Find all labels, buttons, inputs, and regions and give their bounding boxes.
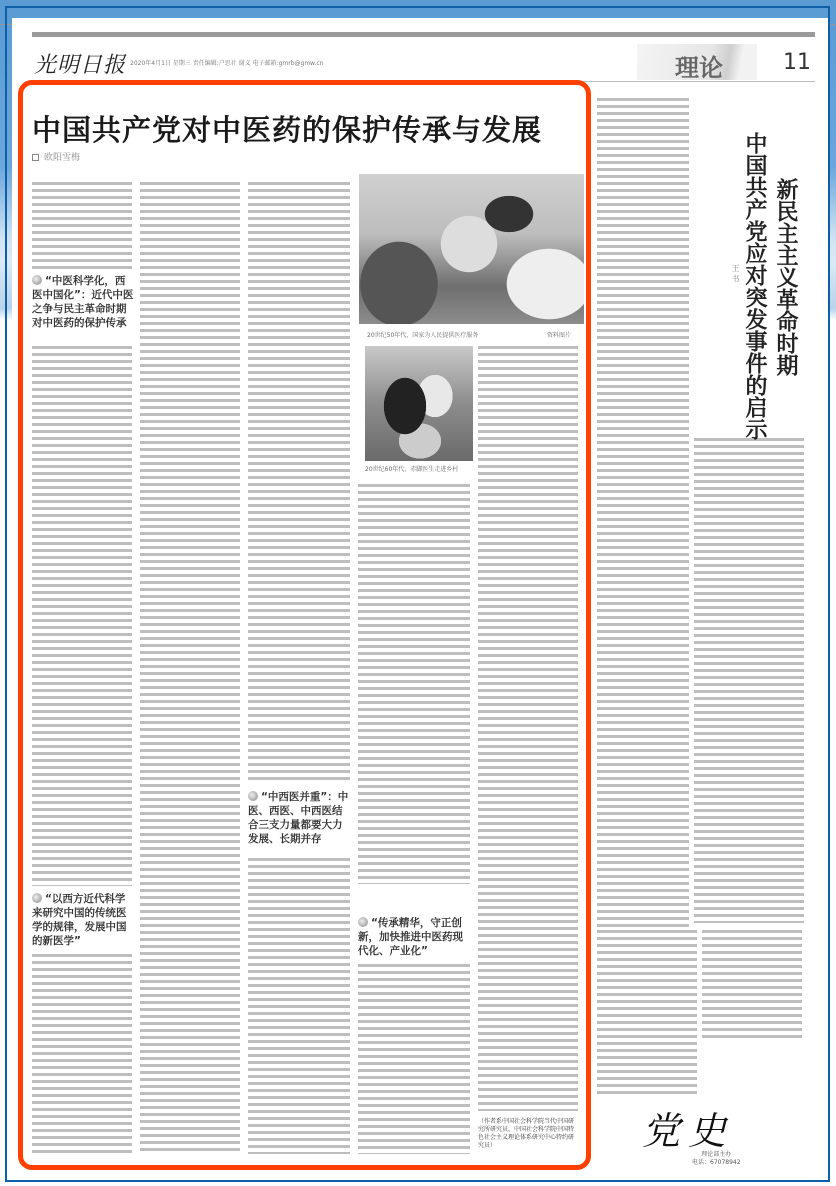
masthead: 光明日报 2020年4月1日 星期三 责任编辑:户思社 谢义 电子邮箱:gmrb… — [32, 44, 815, 82]
text-col4-b — [358, 964, 470, 1154]
issue-meta: 2020年4月1日 星期三 责任编辑:户思社 谢义 电子邮箱:gmrb@gmw.… — [130, 58, 324, 67]
subhead-bullet-icon — [32, 893, 42, 903]
subhead-3: “中西医并重”：中医、西医、中西医结合三支力量都要大力发展、长期并存 — [248, 790, 352, 846]
subhead-bullet-icon — [248, 791, 258, 801]
photo-credit: 资料图片 — [547, 330, 571, 339]
text-col1-b — [32, 346, 132, 886]
byline-text: 欧阳雪梅 — [44, 153, 80, 163]
main-article[interactable]: 中国共产党对中医药的保护传承与发展 欧阳雪梅 “中医科学化，西医中国化”：近代中… — [22, 84, 585, 1164]
page-number: 11 — [783, 50, 811, 75]
side-article-title[interactable]: 中国共产党应对突发事件的启示 — [740, 132, 766, 440]
subhead-bullet-icon — [358, 917, 368, 927]
side-article-author: 王 书 — [730, 264, 741, 283]
article-footnote: （作者系中国社会科学院当代中国研究所研究员，中国社会科学院中国特色社会主义理论体… — [478, 1118, 578, 1150]
text-col2 — [140, 182, 240, 1154]
side-article-text-col2 — [694, 438, 804, 923]
text-col5 — [478, 346, 578, 1111]
article-headline[interactable]: 中国共产党对中医药的保护传承与发展 — [32, 108, 542, 149]
side-article-text-col4 — [702, 930, 802, 1040]
column-banner-subtitle: 理论部主办 — [692, 1151, 741, 1159]
subhead-2: “以西方近代科学来研究中国的传统医学的规律，发展中国的新医学” — [32, 892, 134, 948]
subhead-2-text: “以西方近代科学来研究中国的传统医学的规律，发展中国的新医学” — [32, 893, 127, 947]
side-article-text-col1 — [597, 98, 689, 928]
subhead-bullet-icon — [32, 275, 42, 285]
photo-2-caption: 20世纪60年代，赤脚医生走进乡村 — [365, 466, 473, 474]
byline-box-icon — [32, 154, 39, 161]
column-banner-title: 党史 — [642, 1100, 734, 1155]
subhead-4-text: “传承精华，守正创新，加快推进中医药现代化、产业化” — [358, 917, 463, 957]
column-banner-phone: 电话：67078942 — [692, 1159, 741, 1167]
column-banner-sub: 理论部主办 电话：67078942 — [692, 1151, 741, 1167]
text-col1-c — [32, 954, 132, 1154]
subhead-1: “中医科学化，西医中国化”：近代中医之争与民主革命时期对中医药的保护传承 — [32, 274, 134, 330]
text-col1-a — [32, 182, 132, 270]
side-article-text-col3 — [597, 930, 697, 1098]
subhead-4: “传承精华，守正创新，加快推进中医药现代化、产业化” — [358, 916, 470, 958]
photo-2[interactable] — [365, 346, 473, 461]
side-article-title-prefix[interactable]: 新民主主义革命时期 — [772, 178, 798, 376]
section-name: 理论 — [675, 48, 723, 83]
text-col3-a — [248, 182, 350, 782]
photo-1[interactable] — [359, 174, 584, 324]
newspaper-logo: 光明日报 — [34, 48, 126, 79]
text-col4-a — [358, 484, 470, 884]
masthead-rule — [32, 32, 815, 37]
photo-1-caption: 20世纪50年代，国家为人民提供医疗服务 — [367, 330, 478, 339]
subhead-3-text: “中西医并重”：中医、西医、中西医结合三支力量都要大力发展、长期并存 — [248, 791, 348, 845]
article-byline: 欧阳雪梅 — [32, 150, 80, 163]
text-col3-b — [248, 858, 350, 1154]
subhead-1-text: “中医科学化，西医中国化”：近代中医之争与民主革命时期对中医药的保护传承 — [32, 275, 133, 329]
